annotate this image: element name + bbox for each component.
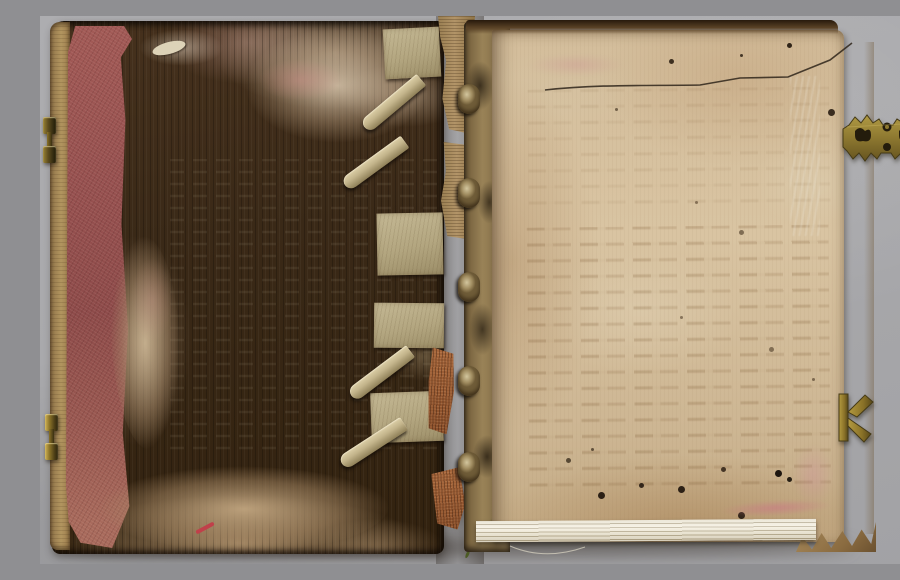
sewing-band (458, 178, 480, 208)
brass-clasp-upper (841, 111, 900, 167)
pink-smear (792, 444, 834, 506)
sewing-band (458, 366, 480, 396)
faded-text-lines (527, 224, 832, 499)
white-scratch-marks (790, 76, 820, 236)
sewing-band (458, 272, 480, 302)
parchment-tab (374, 303, 444, 349)
parchment-tab (383, 27, 442, 80)
parchment-flyleaf (492, 30, 844, 542)
text-block (464, 20, 848, 556)
brass-catch-lower (42, 412, 64, 464)
pink-smear (528, 54, 624, 76)
tab-mottle-texture (383, 27, 442, 80)
tab-mottle-texture (376, 212, 443, 275)
sewing-band (458, 84, 480, 114)
tab-mottle-texture (374, 303, 444, 349)
parchment-tab (376, 212, 443, 275)
brass-clasp-lower (837, 392, 879, 444)
catch-knob (43, 146, 56, 163)
photo-medieval-book (40, 16, 900, 564)
catch-knob (45, 443, 58, 460)
page-top-edge (466, 20, 838, 34)
faded-text-lines (527, 86, 830, 217)
page-edge-stack (476, 519, 816, 542)
brass-catch-upper (40, 115, 60, 167)
sewing-band (458, 452, 480, 482)
